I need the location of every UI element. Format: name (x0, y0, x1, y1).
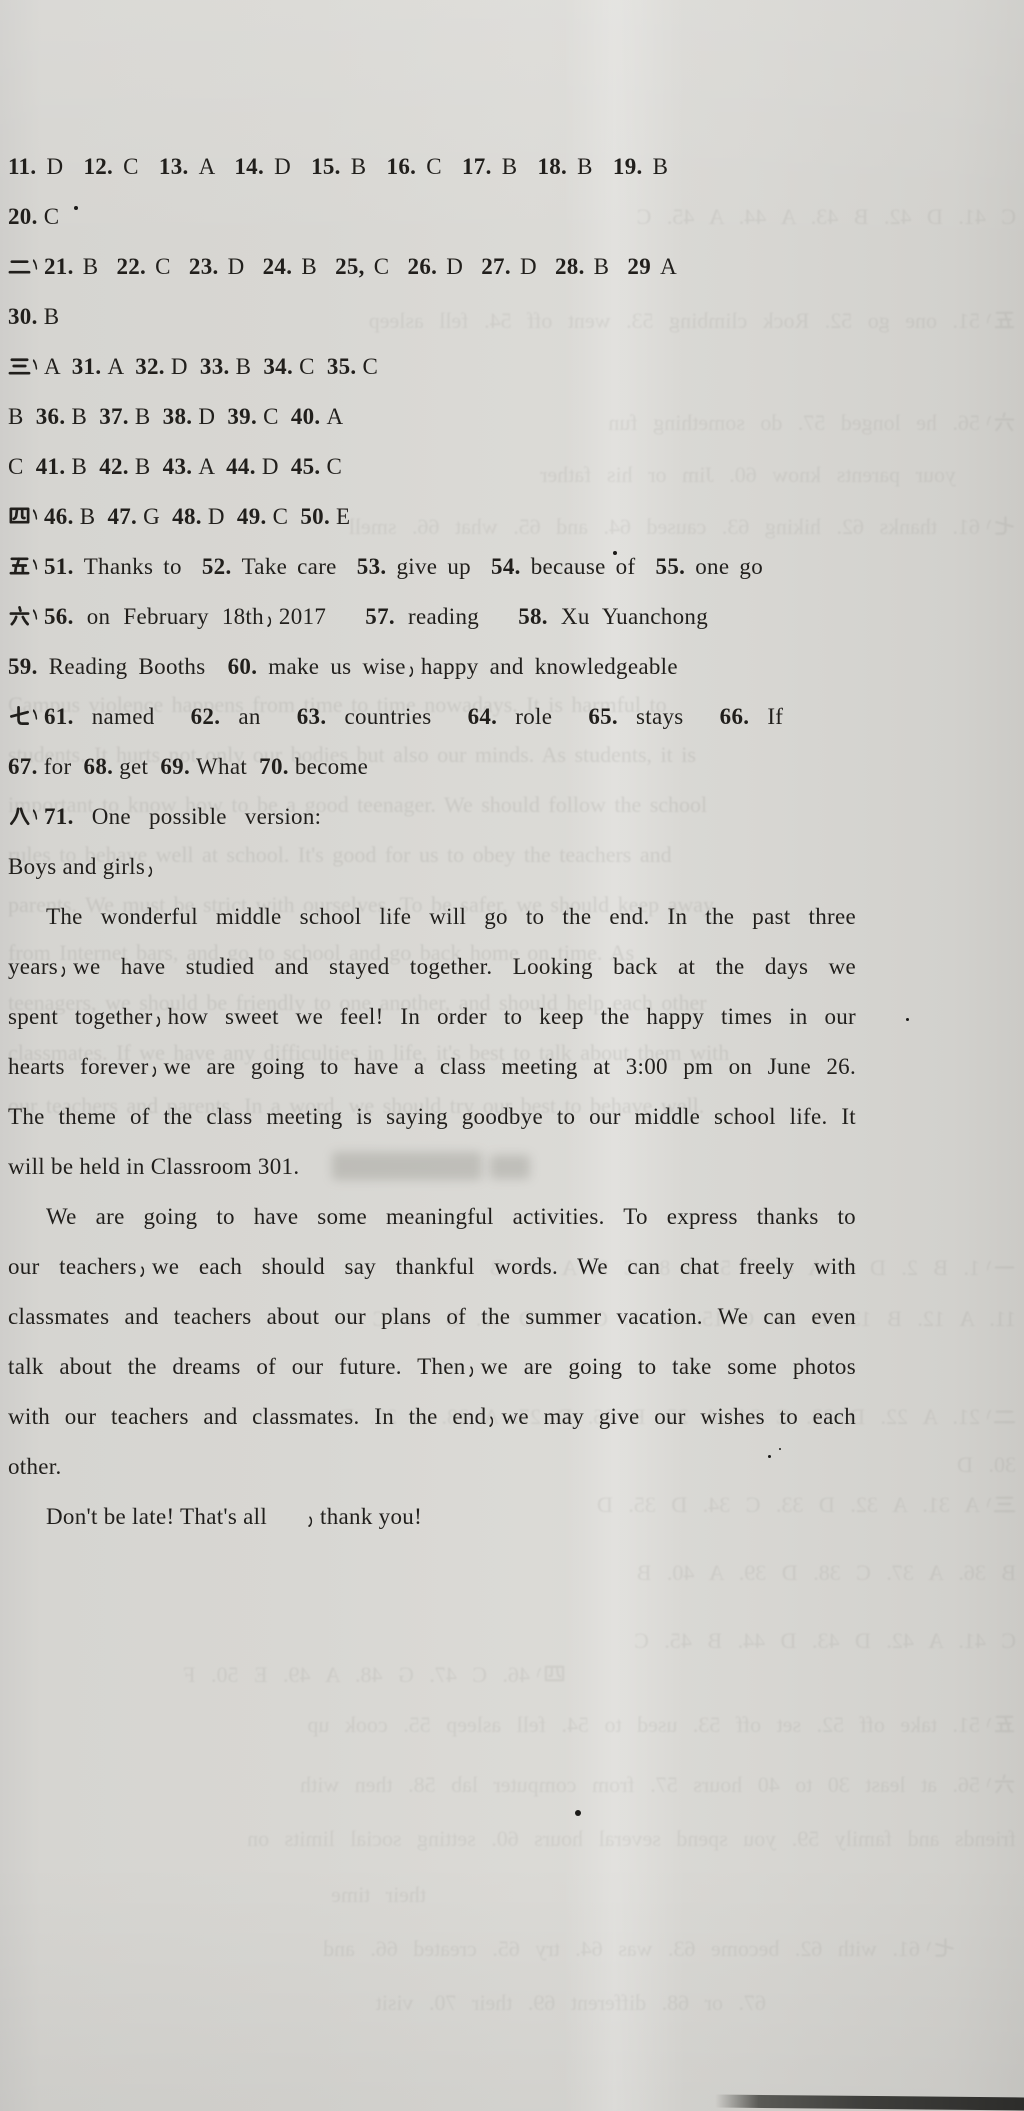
cjk-glyph (980, 1255, 993, 1281)
item-number: 14. (234, 154, 274, 179)
answer-text: one go (695, 554, 763, 579)
answer-text: B (83, 254, 117, 279)
item-number: 19. (613, 154, 653, 179)
answer-line-2: 20. C (8, 192, 856, 242)
answer-text: We are going to have some meaningful act… (46, 1204, 856, 1229)
answer-text: D (46, 154, 83, 179)
bleedthrough-line-mirrored: 46. C 47. G 48. A 49. E 50. F (6, 1662, 1016, 1688)
item-number: 25, (335, 254, 374, 279)
bleedthrough-line-mirrored: 56. at least 30 to 40 hours 57. from com… (6, 1772, 1016, 1798)
essay-line-17: yearswe have studied and stayed together… (8, 942, 856, 992)
item-number: 54. (491, 554, 531, 579)
item-number: 28. (555, 254, 594, 279)
answer-text: C (374, 254, 408, 279)
item-number: 48. (172, 504, 208, 529)
item-number: 65. (588, 704, 636, 729)
answer-text: A (327, 404, 344, 429)
item-number: 40. (291, 404, 327, 429)
item-number: 53. (357, 554, 397, 579)
answer-text: an (238, 704, 296, 729)
item-number: 63. (297, 704, 345, 729)
cjk-glyph (993, 1255, 1016, 1281)
answer-text: D (520, 254, 555, 279)
item-number: 26. (408, 254, 447, 279)
cjk-glyph (145, 842, 160, 892)
answer-text: C (273, 504, 301, 529)
item-number: 23. (189, 254, 228, 279)
answer-text: B (301, 254, 335, 279)
answer-text: C (426, 154, 462, 179)
answer-text: C (44, 204, 60, 229)
answer-text: B (80, 504, 108, 529)
answer-text: Reading Booths (49, 654, 228, 679)
cjk-glyph (980, 1404, 993, 1430)
answer-text: One possible version: (92, 804, 322, 829)
cjk-glyph (264, 592, 279, 642)
cjk-glyph (980, 1772, 993, 1798)
essay-line-21: will be held in Classroom 301. (8, 1142, 856, 1192)
item-number: 62. (191, 704, 239, 729)
cjk-glyph (31, 242, 44, 292)
item-number: 32. (135, 354, 171, 379)
answer-text: named (92, 704, 191, 729)
cjk-glyph (8, 342, 31, 392)
cjk-glyph (8, 792, 31, 842)
answer-line-5: A 31. A 32. D 33. B 34. C 35. C (8, 342, 856, 392)
answer-text: Xu Yuanchong (561, 604, 708, 629)
cjk-glyph (466, 1342, 481, 1392)
answer-text: B (44, 304, 60, 329)
cjk-glyph (8, 692, 31, 742)
item-number: 31. (72, 354, 108, 379)
answer-text: our teacherswe each should say thankful … (8, 1254, 856, 1279)
answer-text: C (155, 254, 189, 279)
answer-line-13: 67. for 68. get 69. What 70. become (8, 742, 856, 792)
bleedthrough-line-mirrored: 67. or 68. different 69. their 70. visit (6, 1990, 1016, 2016)
item-number: 37. (99, 404, 135, 429)
answer-text: B (135, 454, 163, 479)
item-number: 56. (8, 604, 87, 629)
item-number: 67. (8, 754, 44, 779)
item-number: 59. (8, 654, 49, 679)
cjk-glyph (530, 1662, 543, 1688)
answer-text: reading (408, 604, 518, 629)
answer-text: D (274, 154, 311, 179)
cjk-glyph (993, 514, 1016, 540)
cjk-glyph (993, 1404, 1016, 1430)
answer-text: will be held in Classroom 301. (8, 1154, 299, 1179)
item-number: 13. (159, 154, 199, 179)
item-number: 16. (387, 154, 427, 179)
item-number: 57. (365, 604, 408, 629)
answer-line-8: 46. B 47. G 48. D 49. C 50. E (8, 492, 856, 542)
item-number: 33. (200, 354, 236, 379)
item-number: 69. (160, 754, 196, 779)
cjk-glyph (993, 410, 1016, 436)
answer-text: The wonderful middle school life will go… (46, 904, 856, 929)
item-number: 44. (226, 454, 262, 479)
essay-line-22: We are going to have some meaningful act… (8, 1192, 856, 1242)
answer-text: What (196, 754, 259, 779)
essay-line-23: our teacherswe each should say thankful … (8, 1242, 856, 1292)
cjk-glyph (993, 1712, 1016, 1738)
item-number: 70. (259, 754, 295, 779)
answer-text: B (594, 254, 628, 279)
ink-speck (74, 206, 78, 210)
answer-text: D (446, 254, 481, 279)
item-number: 64. (468, 704, 516, 729)
cjk-glyph (980, 514, 993, 540)
item-number: 17. (462, 154, 502, 179)
scan-edge-shadow (715, 2095, 1024, 2111)
answer-text: B (8, 404, 36, 429)
answer-text: B (351, 154, 387, 179)
item-number: 43. (163, 454, 199, 479)
answer-text: give up (396, 554, 491, 579)
item-number: 52. (202, 554, 242, 579)
answer-text: for (44, 754, 84, 779)
answer-line-1: 11. D 12. C 13. A 14. D 15. B 16. C 17. … (8, 142, 856, 192)
item-number: 42. (99, 454, 135, 479)
cjk-glyph (31, 592, 44, 642)
answer-line-6: B 36. B 37. B 38. D 39. C 40. A (8, 392, 856, 442)
item-number: 60. (228, 654, 269, 679)
cjk-glyph (31, 342, 44, 392)
item-number: 18. (537, 154, 577, 179)
answer-text: role (515, 704, 588, 729)
item-number: 61. (8, 704, 92, 729)
answer-text: Boys and girls (8, 854, 160, 879)
cjk-glyph (920, 1936, 933, 1962)
item-number: 71. (8, 804, 92, 829)
ink-speck (906, 1018, 909, 1021)
answer-text: Take care (242, 554, 357, 579)
answer-text: A (199, 154, 235, 179)
answer-text: Thanks to (84, 554, 202, 579)
cjk-glyph (8, 592, 31, 642)
answer-text: C (123, 154, 159, 179)
answer-text: B (577, 154, 613, 179)
cjk-glyph (267, 1492, 320, 1542)
answer-line-9: 51. Thanks to 52. Take care 53. give up … (8, 542, 856, 592)
item-number: 46. (8, 504, 80, 529)
ink-speck (768, 1455, 771, 1458)
answer-line-4: 30. B (8, 292, 856, 342)
cjk-glyph (933, 1936, 956, 1962)
cjk-glyph (406, 642, 421, 692)
item-number: 36. (36, 404, 72, 429)
scanned-answer-key-page: { "page": { "kind": "scanned textbook an… (0, 0, 1024, 2111)
essay-line-27: other. (8, 1442, 856, 1492)
cjk-glyph (58, 942, 73, 992)
bleedthrough-line-mirrored: friends and family 59. you spend several… (6, 1826, 1016, 1852)
answer-text: countries (344, 704, 467, 729)
cjk-glyph (31, 692, 44, 742)
answer-text: E (336, 504, 350, 529)
essay-line-20: The theme of the class meeting is saying… (8, 1092, 856, 1142)
answer-text: spent togetherhow sweet we feel! In orde… (8, 1004, 856, 1029)
answer-line-12: 61. named 62. an 63. countries 64. role … (8, 692, 856, 742)
answer-line-3: 21. B 22. C 23. D 24. B 25, C 26. D 27. … (8, 242, 856, 292)
answer-line-10: 56. on February 18th2017 57. reading 58.… (8, 592, 856, 642)
cjk-glyph (8, 542, 31, 592)
answer-text: If (767, 704, 783, 729)
item-number: 12. (83, 154, 123, 179)
cjk-glyph (993, 308, 1016, 334)
item-number: 21. (8, 254, 83, 279)
item-number: 51. (8, 554, 84, 579)
answer-text: A (198, 454, 226, 479)
item-number: 66. (720, 704, 768, 729)
answer-line-14: 71. One possible version: (8, 792, 856, 842)
answer-text: D (228, 254, 263, 279)
item-number: 20. (8, 204, 44, 229)
item-number: 49. (237, 504, 273, 529)
cjk-glyph (993, 1492, 1016, 1518)
answer-text: C (263, 404, 291, 429)
essay-line-28: Don't be late! That's allthank you! (8, 1492, 856, 1542)
bleedthrough-line-mirrored: their time (6, 1882, 1016, 1908)
cjk-glyph (31, 792, 44, 842)
essay-line-19: hearts foreverwe are going to have a cla… (8, 1042, 856, 1092)
answer-text: C (327, 454, 343, 479)
answer-text: with our teachers and classmates. In the… (8, 1404, 856, 1429)
item-number: 15. (311, 154, 351, 179)
answer-text: C (299, 354, 327, 379)
answer-text: classmates and teachers about our plans … (8, 1304, 856, 1329)
item-number: 38. (163, 404, 199, 429)
answer-text: become (295, 754, 368, 779)
answer-key-content: 11. D 12. C 13. A 14. D 15. B 16. C 17. … (8, 142, 856, 1542)
cjk-glyph (486, 1392, 501, 1442)
cjk-glyph (993, 1772, 1016, 1798)
essay-line-16: The wonderful middle school life will go… (8, 892, 856, 942)
item-number: 24. (263, 254, 302, 279)
answer-text: A (44, 354, 72, 379)
answer-text: other. (8, 1454, 62, 1479)
answer-line-11: 59. Reading Booths 60. make us wisehappy… (8, 642, 856, 692)
answer-text: talk about the dreams of our future. The… (8, 1354, 856, 1379)
answer-text: B (236, 354, 264, 379)
ink-speck (779, 1448, 781, 1450)
bleedthrough-line-mirrored: 61. with 62. become 63. was 64. try 65. … (6, 1936, 1016, 1962)
answer-text: get (119, 754, 160, 779)
cjk-glyph (980, 1712, 993, 1738)
essay-line-24: classmates and teachers about our plans … (8, 1292, 856, 1342)
essay-line-15: Boys and girls (8, 842, 856, 892)
item-number: 50. (300, 504, 336, 529)
item-number: 29 (627, 254, 660, 279)
answer-text: D (198, 404, 227, 429)
essay-line-25: talk about the dreams of our future. The… (8, 1342, 856, 1392)
cjk-glyph (153, 992, 168, 1042)
essay-line-18: spent togetherhow sweet we feel! In orde… (8, 992, 856, 1042)
cjk-glyph (149, 1042, 164, 1092)
item-number: 58. (518, 604, 561, 629)
answer-text: B (71, 454, 99, 479)
item-number: 55. (656, 554, 696, 579)
item-number: 22. (116, 254, 155, 279)
ink-speck (613, 551, 617, 555)
item-number: 34. (263, 354, 299, 379)
cjk-glyph (8, 242, 31, 292)
answer-text: stays (636, 704, 720, 729)
bleedthrough-line-mirrored: B 36. A 37. C 38. D 39. A 40. B (6, 1560, 1016, 1586)
answer-text: B (653, 154, 669, 179)
item-number: 35. (327, 354, 363, 379)
item-number: 11. (8, 154, 46, 179)
answer-text: D (262, 454, 291, 479)
answer-text: make us wisehappy and knowledgeable (268, 654, 678, 679)
cjk-glyph (980, 308, 993, 334)
bleedthrough-line-mirrored: 51. take off 52. set off 53. used to 54.… (6, 1712, 1016, 1738)
item-number: 45. (291, 454, 327, 479)
answer-line-7: C 41. B 42. B 43. A 44. D 45. C (8, 442, 856, 492)
cjk-glyph (980, 1492, 993, 1518)
answer-text: B (135, 404, 163, 429)
answer-text: G (143, 504, 172, 529)
cjk-glyph (137, 1242, 152, 1292)
item-number: 41. (36, 454, 72, 479)
essay-line-26: with our teachers and classmates. In the… (8, 1392, 856, 1442)
answer-text: The theme of the class meeting is saying… (8, 1104, 856, 1129)
cjk-glyph (31, 542, 44, 592)
item-number: 39. (227, 404, 263, 429)
answer-text: hearts foreverwe are going to have a cla… (8, 1054, 856, 1079)
answer-text: because of (531, 554, 656, 579)
cjk-glyph (31, 492, 44, 542)
cjk-glyph (543, 1662, 566, 1688)
answer-text: B (502, 154, 538, 179)
answer-text: yearswe have studied and stayed together… (8, 954, 856, 979)
answer-text: D (208, 504, 237, 529)
item-number: 47. (107, 504, 143, 529)
ink-speck (575, 1810, 581, 1816)
answer-text: on February 18th2017 (87, 604, 366, 629)
answer-text: Don't be late! That's allthank you! (46, 1504, 422, 1529)
item-number: 68. (84, 754, 120, 779)
item-number: 30. (8, 304, 44, 329)
answer-text: D (171, 354, 200, 379)
bleedthrough-line-mirrored: C 41. A 42. D 43. D 44. B 45. C (6, 1628, 1016, 1654)
answer-text: C (8, 454, 36, 479)
item-number: 27. (481, 254, 520, 279)
cjk-glyph (8, 492, 31, 542)
answer-text: A (107, 354, 135, 379)
answer-text: C (363, 354, 379, 379)
answer-text: B (71, 404, 99, 429)
cjk-glyph (980, 410, 993, 436)
item-number (8, 354, 44, 379)
answer-text: A (660, 254, 677, 279)
